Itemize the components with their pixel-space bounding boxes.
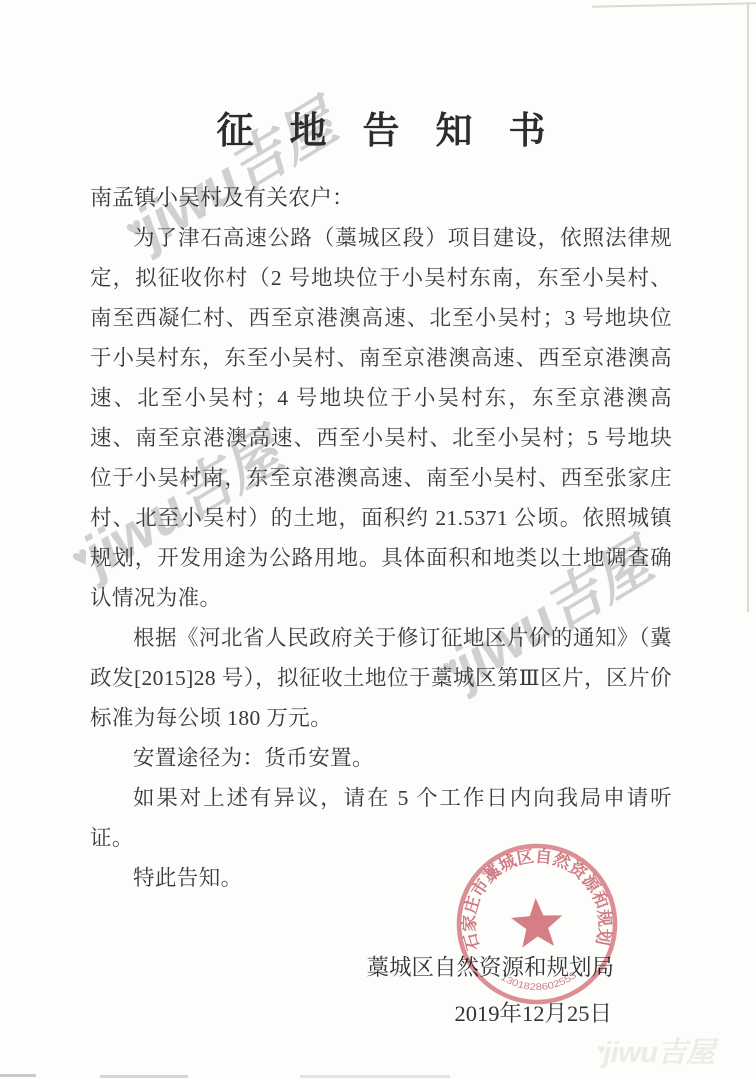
scan-smudge <box>300 1075 450 1078</box>
scan-smudge <box>0 1074 36 1077</box>
scan-smudge <box>100 1075 188 1078</box>
seal-code: 1301828602553 <box>498 968 579 995</box>
document-title: 征地告知书 <box>90 100 708 154</box>
scanned-document-page: ♥jiwu吉屋 ♥jiwu吉屋 ♥jiwu吉屋 ♥jiwu吉屋 征地告知书 南孟… <box>0 0 756 1079</box>
watermark-text: jiwu吉屋 <box>603 1037 714 1069</box>
seal-star-icon <box>510 897 564 948</box>
addressee-line: 南孟镇小吴村及有关农户： <box>90 178 672 218</box>
official-seal: 石家庄市藁城区自然资源和规划局 1301828602553 <box>448 835 627 1014</box>
scan-page-edge-top <box>592 2 756 7</box>
document-body: 为了津石高速公路（藁城区段）项目建设，依照法律规定，拟征收你村（2 号地块位于小… <box>90 218 672 898</box>
svg-text:1301828602553: 1301828602553 <box>498 968 579 995</box>
paragraph-land-parcels: 为了津石高速公路（藁城区段）项目建设，依照法律规定，拟征收你村（2 号地块位于小… <box>90 218 672 618</box>
paragraph-compensation-standard: 根据《河北省人民政府关于修订征地区片价的通知》（冀政发[2015]28 号），拟… <box>90 618 672 738</box>
paragraph-resettlement: 安置途径为：货币安置。 <box>90 738 672 778</box>
jiwu-watermark-corner: ♥jiwu吉屋 <box>597 1030 715 1071</box>
scan-page-edge-right <box>747 2 749 612</box>
